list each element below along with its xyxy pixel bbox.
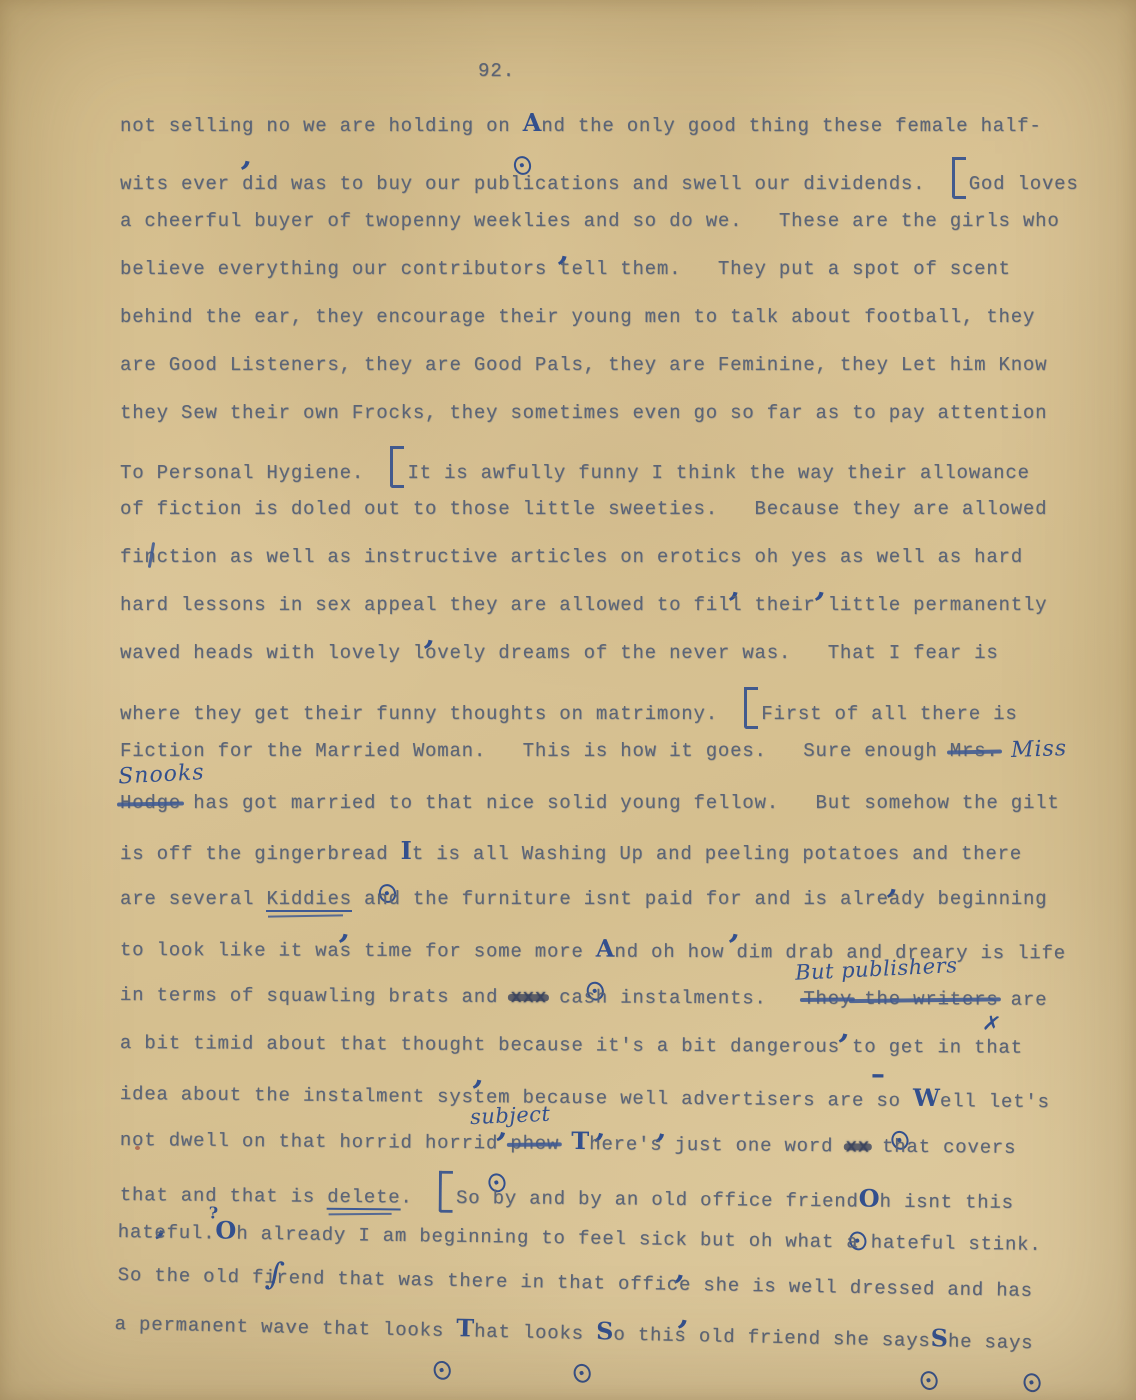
handwritten-capital-letter: T: [456, 1313, 474, 1342]
handwritten-capital-letter: S: [596, 1316, 614, 1345]
handwritten-capital-letter: I: [401, 836, 412, 865]
typed-text: that covers: [870, 1136, 1017, 1159]
typed-line: that, and that is delete. So by and by a…: [120, 1168, 1014, 1218]
typed-text: to look like it was time for some more: [120, 939, 596, 963]
typed-text: are: [998, 989, 1047, 1011]
typed-line: a permanent wave that looks That looks S…: [114, 1306, 1033, 1358]
typed-text: .: [400, 1186, 437, 1208]
typed-text: hat looks: [474, 1321, 584, 1345]
handwritten-capital-letter: A: [523, 108, 542, 137]
typed-text: First of all there is: [761, 703, 1017, 725]
struck-through-text: Mrs.: [950, 740, 999, 762]
typed-text: a permanent wave that looks: [114, 1313, 444, 1342]
typed-text: behind the ear, they encourage their you…: [120, 306, 1035, 328]
typed-text: but oh what a hateful stink.: [688, 1229, 1042, 1256]
typed-text: of fiction is doled out to those little …: [120, 498, 1047, 520]
handwritten-capital-letter: T: [571, 1126, 589, 1155]
typed-text: as well as hard: [828, 546, 1023, 568]
overtyped-blotted-text: xx: [845, 1135, 870, 1157]
transposition-mark: ir∫: [264, 1267, 289, 1289]
typed-text: and that is: [168, 1184, 327, 1207]
typed-line: is off the gingerbread It is all Washing…: [120, 836, 1022, 869]
typed-line: where they get their funny thoughts on m…: [120, 687, 1018, 729]
typed-line: finction as well as instructive articles…: [120, 542, 1023, 572]
typed-line: not selling, no we are holding on And th…: [120, 108, 1042, 141]
typed-text: advertisers are: [669, 1088, 877, 1112]
typed-line: are Good Listeners, they are Good Pals, …: [120, 350, 1047, 380]
circled-dot: [918, 1369, 940, 1392]
typed-text: has got married to that nice solid young…: [181, 792, 1060, 814]
paragraph-bracket-mark: [952, 157, 966, 199]
typed-text: God loves: [969, 173, 1079, 195]
typed-text: [444, 1320, 457, 1342]
typed-line: hateful.?Oh already I am beginning to fe…: [118, 1214, 1042, 1260]
typed-text: [901, 1090, 913, 1112]
typed-text: h already I am beginning to feel sick: [236, 1223, 688, 1251]
typed-text: To Personal Hygiene.: [120, 462, 388, 484]
typed-text: [388, 843, 400, 865]
typed-text: t is all Washing Up and peeling potatoes: [412, 843, 900, 865]
typed-line: believe everything our contributors tell…: [120, 254, 1011, 284]
typed-line: a cheerful buyer of twopenny weeklies, a…: [120, 206, 1060, 236]
typed-line: To Personal Hygiene. It is awfully funny…: [120, 446, 1030, 488]
typed-text: idea about the instalment system: [120, 1083, 511, 1108]
typed-line: Hodge has got married to that nice solid…: [120, 788, 1060, 818]
overtyped-blotted-text: xxx: [510, 986, 547, 1008]
paragraph-bracket-mark: [390, 446, 404, 488]
typed-text: ction as well as instructive articles on…: [157, 546, 743, 568]
typed-text: and the furniture isnt paid for: [352, 888, 742, 910]
typed-text: So by and by an old office friend: [456, 1187, 859, 1213]
typed-line: are several Kiddies, and the furniture i…: [120, 884, 1047, 914]
typed-line: wits ever did was to buy our publication…: [120, 157, 1079, 199]
typed-text: [584, 1323, 597, 1345]
typed-text: are Good Listeners, they are Good Pals, …: [120, 354, 1047, 376]
struck-through-text: phew: [510, 1132, 559, 1154]
typed-text: and so do we. These are the girls who: [571, 210, 1059, 232]
circled-dot: [1021, 1371, 1043, 1394]
typed-text: she is well dressed and has: [691, 1274, 1033, 1302]
typed-text: h isnt this: [879, 1191, 1013, 1214]
typed-text: o this old friend she says: [613, 1323, 931, 1352]
struck-through-text: the writers: [852, 988, 999, 1011]
typed-text: So the old f: [118, 1264, 265, 1289]
handwritten-insertion-text: subject: [470, 1104, 551, 1128]
hand-underlined-text: delete: [327, 1186, 400, 1211]
typed-text: ell let's: [940, 1090, 1050, 1113]
typed-line: not dwell on that horrid horridsubject p…: [120, 1122, 1017, 1163]
handwritten-capital-letter: O: [859, 1183, 880, 1212]
typed-text: where they get their funny thoughts on m…: [120, 703, 742, 725]
typed-text: hard lessons in sex appeal: [120, 594, 437, 616]
transposition-squiggle: ∫: [265, 1257, 287, 1291]
handwritten-capital-letter: W: [913, 1083, 940, 1112]
typed-text: in terms of squawling brats and: [120, 984, 511, 1008]
typed-text: no we are holding on: [254, 115, 522, 137]
typed-text: because it's a bit dangerous to get in t…: [486, 1034, 1023, 1059]
handwritten-capital-letter: S: [930, 1323, 948, 1352]
typed-text: are several: [120, 888, 266, 910]
hand-underlined-text: Kiddies: [266, 888, 351, 912]
typed-text: waved heads with lovely lovely dreams of…: [120, 642, 999, 664]
typed-text: end that was there in that office: [288, 1267, 691, 1296]
typed-line: Fiction for the Married Woman. This is h…: [120, 735, 1067, 766]
typed-text: oh yes: [742, 546, 827, 568]
typed-line: a bit timid about that thought, because …: [120, 1028, 1023, 1063]
typed-line: they Sew their own Frocks, they sometime…: [120, 398, 1047, 428]
typed-text: not selling: [120, 115, 254, 137]
typed-text: here's just one word: [589, 1133, 845, 1157]
typed-text: It is awfully funny I think the way thei…: [407, 462, 1029, 484]
typed-text: he says: [948, 1330, 1034, 1354]
typed-line: hard lessons in sex appeal, they are all…: [120, 590, 1047, 620]
typed-text: nd the only good thing these female half…: [541, 115, 1041, 137]
typed-text: well: [608, 1087, 669, 1110]
paragraph-bracket-mark: [744, 687, 758, 729]
handwritten-capital-letter: A: [596, 934, 615, 963]
typed-text: hateful.: [118, 1221, 216, 1244]
typed-text: cash instalments.: [547, 986, 803, 1009]
typed-text: they Sew their own Frocks, they sometime…: [120, 402, 1047, 424]
handwritten-insertion-text: But publishers: [795, 955, 958, 984]
typed-text: that: [120, 1184, 169, 1206]
handwritten-word: Miss: [1010, 734, 1067, 766]
dash-annotation-mark-glyph: —: [873, 1067, 885, 1085]
typed-line: behind the ear, they encourage their you…: [120, 302, 1035, 332]
typed-text: they are allowed to fill their little pe…: [437, 594, 1047, 616]
typed-text: so: [876, 1090, 901, 1112]
typed-text: and is already beginning: [742, 888, 1047, 910]
page-number: 92.: [478, 60, 515, 82]
typed-text: Fiction for the Married Woman. This is h…: [120, 740, 950, 762]
manuscript-page: 92. not selling, no we are holding on An…: [0, 0, 1136, 1400]
typed-text: a cheerful buyer of twopenny weeklies: [120, 210, 571, 232]
typed-text: wits ever did was to buy our publication…: [120, 173, 950, 195]
typed-text: fi: [120, 546, 144, 568]
typed-line: waved heads with lovely lovely dreams of…: [120, 638, 999, 668]
typed-text: is off the gingerbread: [120, 843, 388, 865]
query-question-mark-glyph: ?: [209, 1205, 219, 1221]
typed-text: a bit timid about that thought: [120, 1032, 486, 1056]
typed-text: not dwell on that horrid horrid: [120, 1129, 498, 1154]
typed-text: believe everything our contributors tell…: [120, 258, 1011, 280]
circled-dot: [432, 1359, 454, 1382]
typed-line: So the old fir∫end that was there in tha…: [117, 1260, 1033, 1306]
typed-text: and there: [900, 843, 1022, 865]
struck-through-text: They: [803, 988, 852, 1010]
typed-line: in terms of squawling brats and xxx cash…: [120, 980, 1048, 1015]
circled-dot: [572, 1362, 594, 1385]
typed-line: of fiction is doled out to those little …: [120, 494, 1047, 524]
struck-through-text: Hodge: [120, 792, 181, 814]
paragraph-bracket-mark: [439, 1171, 453, 1213]
struck-through-text: n: [144, 546, 156, 568]
typed-line: idea about the instalment system, becaus…: [120, 1076, 1050, 1117]
